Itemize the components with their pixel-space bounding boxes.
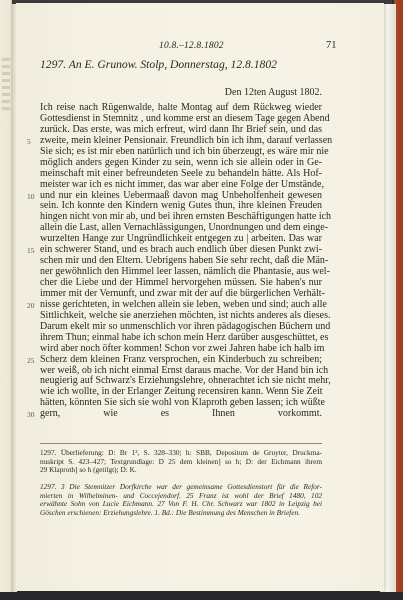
footnote-divider bbox=[40, 443, 322, 444]
line-number: 5 bbox=[27, 137, 31, 148]
textual-apparatus: 1297. Überlieferung: D: Br 1², S. 328–33… bbox=[40, 449, 322, 475]
line-text: immer mit der Vernunft, und zwar mit der… bbox=[40, 288, 325, 299]
line-text: Sittlichkeit, welche sie anerziehen möch… bbox=[40, 310, 330, 321]
letter-title: 1297. An E. Grunow. Stolp, Donnerstag, 1… bbox=[40, 58, 277, 71]
book-page: 10.8.–12.8.1802 71 1297. An E. Grunow. S… bbox=[16, 3, 384, 591]
line-text: Darum ekelt mir so unmenschlich vor ihre… bbox=[40, 321, 330, 332]
line-text: Gottesdienst in Stemnitz , und komme ers… bbox=[40, 113, 330, 124]
line-text: wie ich wollte, in der Erlanger Zeitung … bbox=[40, 386, 323, 397]
line-text: wurzelten Hange zur Ungründlichkeit entg… bbox=[40, 233, 322, 244]
line-number: 15 bbox=[27, 246, 35, 257]
line-text: zweite, mein kleiner Pensionair. Freundl… bbox=[40, 135, 332, 146]
line-text: meister war ich es nicht immer, das war … bbox=[40, 179, 324, 190]
page-number: 71 bbox=[326, 40, 337, 51]
commentary-notes: 1297. 3 Die Stemnitzer Dorfkirche war de… bbox=[40, 483, 322, 517]
commentary-line: Göschen erschienen: Erziehungslehre. 1. … bbox=[40, 509, 322, 518]
line-number: 25 bbox=[27, 356, 35, 367]
line-text: ihrem Thun; einmal habe ich schon mein H… bbox=[40, 332, 328, 343]
background-surface bbox=[0, 592, 403, 600]
line-text: Scherz dem kleinen Franz versprochen, ei… bbox=[40, 354, 322, 365]
line-number: 20 bbox=[27, 301, 35, 312]
line-text: nisse gerichteten, in welchen allein sie… bbox=[40, 299, 327, 310]
line-text: ner gewöhnlich den Himmel leer lassen, n… bbox=[40, 266, 330, 277]
line-number: 10 bbox=[27, 192, 35, 203]
body-line: 30gern, wie es Ihnen vorkommt. bbox=[40, 409, 322, 420]
line-text: meinschaft mit einer befreundeten Seele … bbox=[40, 168, 322, 179]
line-text: möglich anders gegen Kinder zu sein, wen… bbox=[40, 157, 322, 168]
running-head-date-range: 10.8.–12.8.1802 bbox=[159, 41, 224, 51]
facing-page-text-ghost bbox=[2, 58, 10, 114]
letter-dateline: Den 12ten August 1802. bbox=[40, 87, 322, 98]
line-text: schen mir und den Eltern. Uebrigens habe… bbox=[40, 255, 328, 266]
apparatus-line: 29 Klaproth] so h (getilgt); D: K. bbox=[40, 466, 322, 475]
line-text: Sie sich; es ist mir eben natürlich und … bbox=[40, 146, 329, 157]
line-text: neugierig auf Schwarz's Erziehungslehre,… bbox=[40, 375, 331, 386]
line-text: allein die Last, allen Vernachlässigunge… bbox=[40, 222, 328, 233]
line-text: zurück. Das erste, was mich erfreut, wir… bbox=[40, 124, 322, 135]
line-text: gern, wie es Ihnen vorkommt. bbox=[40, 408, 322, 419]
line-text: und nur ein kleines Uebermaaß davon mag … bbox=[40, 190, 322, 201]
line-text: sein. Ich konnte den Kindern wenig Gutes… bbox=[40, 200, 322, 211]
line-text: ein schwerer Stand, und es brach auch en… bbox=[40, 244, 322, 255]
line-text: wird aber noch öfter kommen! Schon vor z… bbox=[40, 343, 324, 354]
body-line bbox=[40, 420, 322, 431]
running-head: 10.8.–12.8.1802 71 bbox=[16, 41, 384, 55]
line-text: hätten, könnten Sie sich sie wohl von Kl… bbox=[40, 397, 325, 408]
line-text: wer weiß, ob ich nicht einmal Ernst dara… bbox=[40, 365, 328, 376]
line-text: cher die Liebe und der Himmel hervorgehe… bbox=[40, 277, 322, 288]
line-text: hingen nicht von mir ab, und bei ihren e… bbox=[40, 211, 331, 222]
letter-body: Ich reise nach Rügenwalde, halte Montag … bbox=[40, 103, 322, 431]
line-number: 30 bbox=[27, 410, 35, 421]
line-text: Ich reise nach Rügenwalde, halte Montag … bbox=[40, 102, 322, 113]
